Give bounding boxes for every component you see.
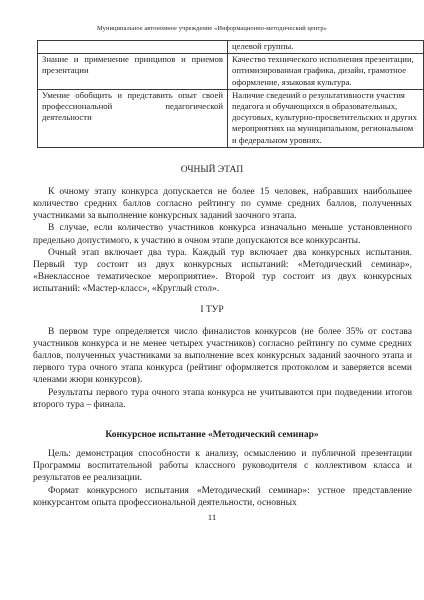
table-cell-indicator: Наличие сведений о результативности учас… — [228, 89, 424, 147]
table-cell-indicator: целевой группы. — [228, 41, 424, 54]
table-cell-indicator: Качество технического исполнения презент… — [228, 54, 424, 90]
table-cell-criterion: Знание и применение принципов и приемов … — [38, 54, 228, 90]
section-body-tur1: В первом туре определяется число финалис… — [33, 326, 412, 411]
document-page: Муниципальное автономное учреждение «Инф… — [0, 0, 424, 600]
section-heading-seminar: Конкурсное испытание «Методический семин… — [0, 429, 424, 441]
section-heading-tur1: I ТУР — [0, 304, 424, 316]
table-cell-criterion — [38, 41, 228, 54]
paragraph: Очный этап включает два тура. Каждый тур… — [33, 247, 412, 296]
paragraph: Формат конкурсного испытания «Методическ… — [33, 485, 412, 509]
table-row: Умение обобщить и представить опыт своей… — [38, 89, 424, 147]
paragraph: В первом туре определяется число финалис… — [33, 326, 412, 387]
paragraph: Цель: демонстрация способности к анализу… — [33, 448, 412, 485]
table-cell-criterion: Умение обобщить и представить опыт своей… — [38, 89, 228, 147]
section-heading-ochny-etap: ОЧНЫЙ ЭТАП — [0, 164, 424, 176]
paragraph: К очному этапу конкурса допускается не б… — [33, 186, 412, 223]
paragraph: Результаты первого тура очного этапа кон… — [33, 387, 412, 411]
criteria-table: целевой группы. Знание и применение прин… — [37, 40, 424, 148]
document-header: Муниципальное автономное учреждение «Инф… — [0, 25, 424, 33]
section-body-ochny-etap: К очному этапу конкурса допускается не б… — [33, 186, 412, 296]
paragraph: В случае, если количество участников кон… — [33, 222, 412, 246]
section-body-seminar: Цель: демонстрация способности к анализу… — [33, 448, 412, 509]
page-number: 11 — [0, 512, 424, 522]
table-row: целевой группы. — [38, 41, 424, 54]
table-row: Знание и применение принципов и приемов … — [38, 54, 424, 90]
